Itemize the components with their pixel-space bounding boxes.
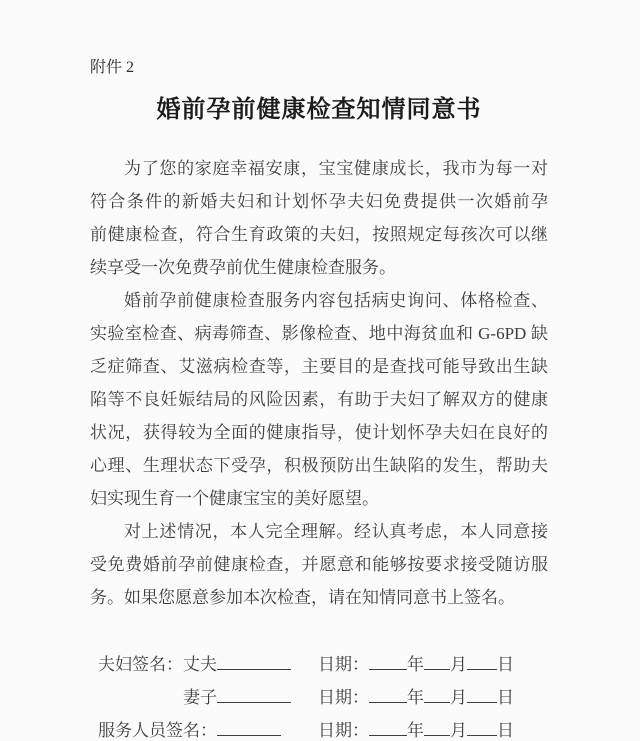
staff-signature-label: 服务人员签名： — [98, 721, 217, 740]
husband-signature-row: 夫妇签名：丈夫 日期：年月日 — [98, 648, 548, 681]
paragraph-line: 前健康检查，符合生育政策的夫妇，按照规定每孩次可以继 — [90, 218, 548, 251]
paragraph-line: 婚前孕前健康检查服务内容包括病史询问、体格检查、 — [90, 284, 548, 317]
day-label: 日 — [497, 655, 514, 674]
attachment-label: 附件 2 — [90, 58, 548, 78]
staff-signature-line — [217, 720, 281, 736]
month-label: 月 — [450, 688, 467, 707]
day-label: 日 — [497, 688, 514, 707]
document-content: 附件 2 婚前孕前健康检查知情同意书 为了您的家庭幸福安康，宝宝健康成长，我市为… — [0, 0, 640, 741]
year-label: 年 — [407, 721, 424, 740]
paragraph-line: 受免费婚前孕前健康检查，并愿意和能够按要求接受随访服 — [90, 548, 548, 581]
year-blank-line — [369, 720, 407, 736]
paragraph-line: 状况，获得较为全面的健康指导，使计划怀孕夫妇在良好的 — [90, 416, 548, 449]
wife-label: 妻子 — [183, 688, 217, 707]
paragraph-line: 为了您的家庭幸福安康，宝宝健康成长，我市为每一对 — [90, 152, 548, 185]
wife-signature-row: 妻子 日期：年月日 — [98, 681, 548, 714]
day-label: 日 — [497, 721, 514, 740]
wife-signature-line — [217, 687, 291, 703]
paragraph-line: 实验室检查、病毒筛查、影像检查、地中海贫血和 G-6PD 缺 — [90, 317, 548, 350]
day-blank-line — [467, 687, 497, 703]
paragraph-line: 务。如果您愿意参加本次检查，请在知情同意书上签名。 — [90, 581, 548, 614]
date-label: 日期： — [318, 721, 369, 740]
day-blank-line — [467, 720, 497, 736]
year-label: 年 — [407, 655, 424, 674]
husband-label: 丈夫 — [183, 655, 217, 674]
year-label: 年 — [407, 688, 424, 707]
paragraph-line: 陷等不良妊娠结局的风险因素，有助于夫妇了解双方的健康 — [90, 383, 548, 416]
paragraph-line: 续享受一次免费孕前优生健康检查服务。 — [90, 251, 548, 284]
date-label: 日期： — [318, 688, 369, 707]
signature-section: 夫妇签名：丈夫 日期：年月日 妻子 日期：年月日 服务人员签名： 日期：年月日 — [90, 648, 548, 741]
paragraph-line: 心理、生理状态下受孕，积极预防出生缺陷的发生，帮助夫 — [90, 449, 548, 482]
month-label: 月 — [450, 655, 467, 674]
staff-signature-row: 服务人员签名： 日期：年月日 — [98, 714, 548, 741]
staff-date-group: 日期：年月日 — [318, 714, 514, 741]
day-blank-line — [467, 654, 497, 670]
document-body: 为了您的家庭幸福安康，宝宝健康成长，我市为每一对 符合条件的新婚夫妇和计划怀孕夫… — [90, 152, 548, 614]
paragraph-line: 对上述情况，本人完全理解。经认真考虑，本人同意接 — [90, 515, 548, 548]
husband-date-group: 日期：年月日 — [318, 648, 514, 681]
month-blank-line — [424, 720, 450, 736]
year-blank-line — [369, 687, 407, 703]
month-label: 月 — [450, 721, 467, 740]
couple-signature-label: 夫妇签名： — [98, 655, 183, 674]
husband-signature-line — [217, 654, 291, 670]
wife-date-group: 日期：年月日 — [318, 681, 514, 714]
document-title: 婚前孕前健康检查知情同意书 — [90, 92, 548, 128]
date-label: 日期： — [318, 655, 369, 674]
month-blank-line — [424, 687, 450, 703]
month-blank-line — [424, 654, 450, 670]
paragraph-line: 符合条件的新婚夫妇和计划怀孕夫妇免费提供一次婚前孕 — [90, 185, 548, 218]
paragraph-line: 乏症筛查、艾滋病检查等，主要目的是查找可能导致出生缺 — [90, 350, 548, 383]
document-page: 附件 2 婚前孕前健康检查知情同意书 为了您的家庭幸福安康，宝宝健康成长，我市为… — [0, 0, 640, 741]
year-blank-line — [369, 654, 407, 670]
paragraph-line: 妇实现生育一个健康宝宝的美好愿望。 — [90, 482, 548, 515]
